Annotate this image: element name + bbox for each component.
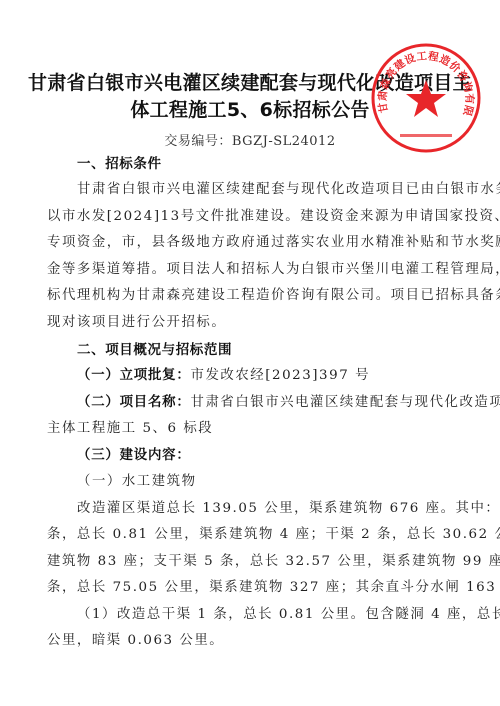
- item-approval: （一）立项批复：市发改农经[2023]397 号: [77, 367, 457, 385]
- section-heading-2: 二、项目概况与招标范围: [77, 341, 457, 359]
- section-heading-1: 一、招标条件: [77, 155, 457, 173]
- paragraph-line: 改造灌区渠道总长 139.05 公里，渠系建筑物 676 座。其中：总干渠 1: [77, 500, 457, 518]
- item-project-name-cont: 主体工程施工 5、6 标段: [47, 420, 457, 438]
- paragraph-line: 条，总长 75.05 公里，渠系建筑物 327 座；其余直斗分水闸 163 座。: [47, 579, 457, 597]
- paragraph-line: 专项资金，市，县各级地方政府通过落实农业用水精准补贴和节水奖励资: [47, 234, 457, 252]
- paragraph-line: 公里，暗渠 0.063 公里。: [47, 632, 457, 650]
- item-label: （一）立项批复：: [77, 368, 191, 383]
- document-page: 甘肃省白银市兴电灌区续建配套与现代化改造项目主 体工程施工5、6标招标公告 交易…: [0, 0, 500, 706]
- paragraph-line: 甘肃省白银市兴电灌区续建配套与现代化改造项目已由白银市水务局: [77, 181, 457, 199]
- paragraph-line: 以市水发[2024]13号文件批准建设。建设资金来源为申请国家投资、省级: [47, 208, 457, 226]
- paragraph-line: （1）改造总干渠 1 条，总长 0.81 公里。包含隧洞 4 座，总长 0.74…: [77, 606, 457, 624]
- sub-heading-hydraulic: （一）水工建筑物: [77, 473, 457, 491]
- paragraph-line: 现对该项目进行公开招标。: [47, 314, 457, 332]
- paragraph-line: 建筑物 83 座；支干渠 5 条，总长 32.57 公里，渠系建筑物 99 座；…: [47, 553, 457, 571]
- item-project-name: （二）项目名称：甘肃省白银市兴电灌区续建配套与现代化改造项目: [77, 394, 457, 412]
- item-construction-content: （三）建设内容：: [77, 447, 457, 465]
- item-label: （三）建设内容：: [77, 448, 191, 463]
- paragraph-line: 金等多渠道筹措。项目法人和招标人为白银市兴堡川电灌工程管理局，招: [47, 261, 457, 279]
- paragraph-line: 条，总长 0.81 公里，渠系建筑物 4 座；干渠 2 条，总长 30.62 公…: [47, 526, 457, 544]
- item-text: 甘肃省白银市兴电灌区续建配套与现代化改造项目: [191, 395, 500, 410]
- item-text: 市发改农经[2023]397 号: [191, 368, 371, 383]
- company-seal-icon: 甘肃森亮建设工程造价咨询有限公司: [370, 42, 482, 154]
- paragraph-line: 标代理机构为甘肃森亮建设工程造价咨询有限公司。项目已招标具备条件，: [47, 287, 457, 305]
- item-label: （二）项目名称：: [77, 395, 191, 410]
